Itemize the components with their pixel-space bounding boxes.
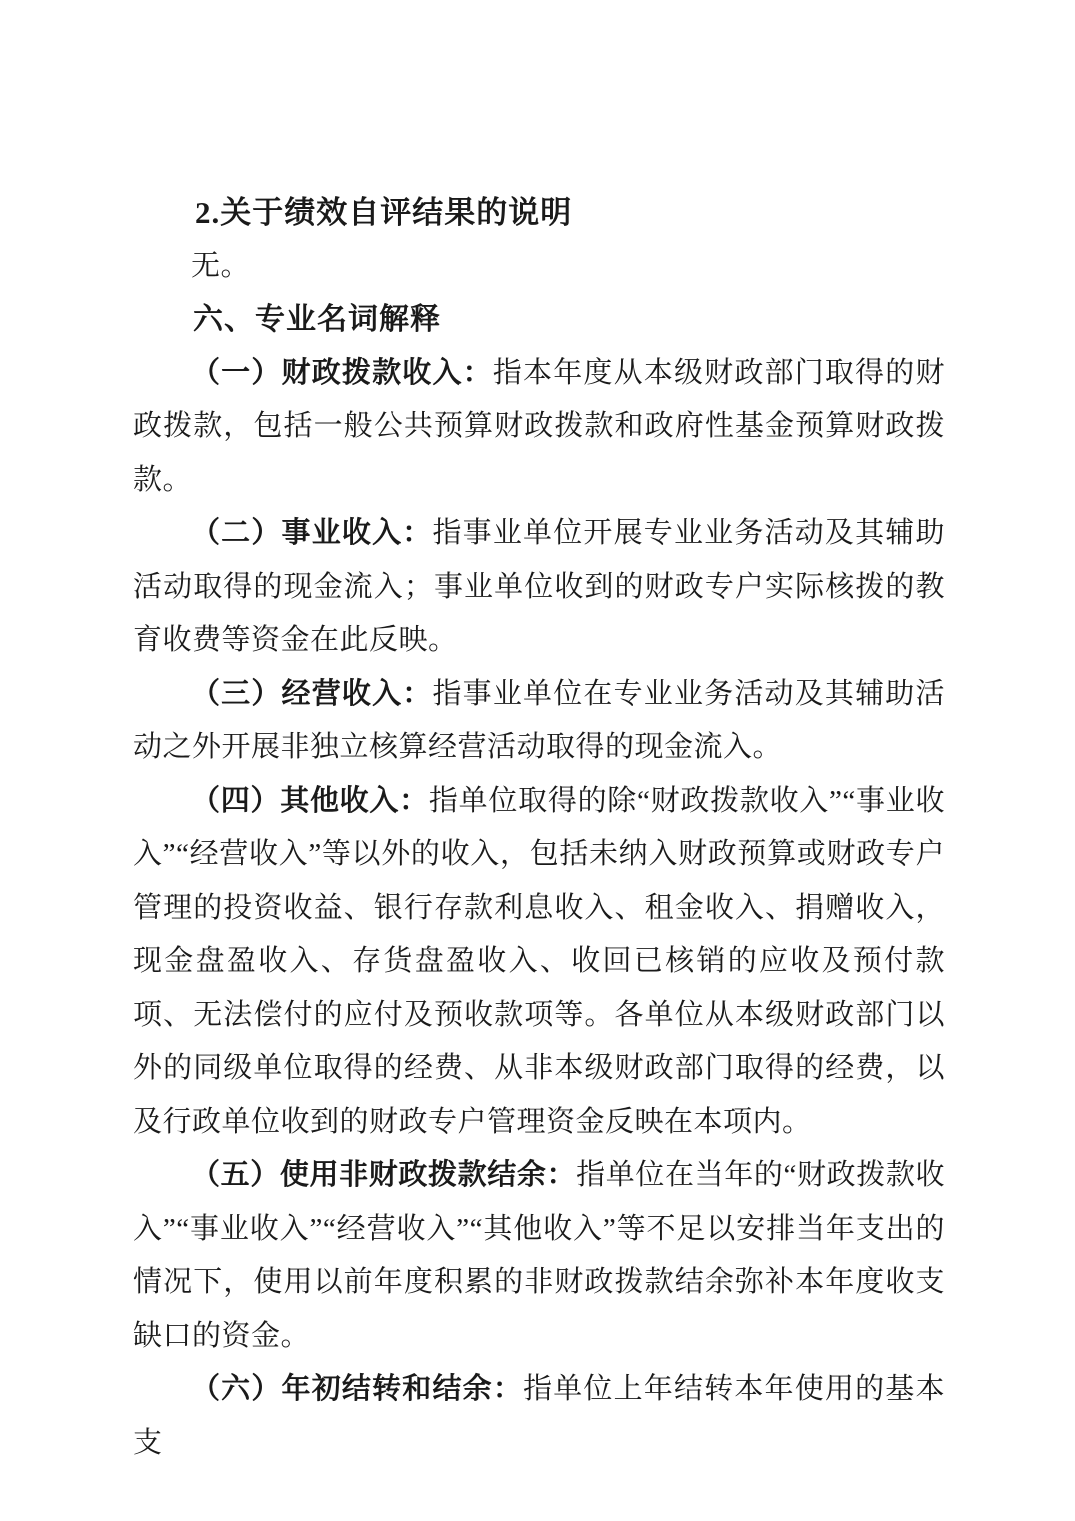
definition-paragraph: （四）其他收入：指单位取得的除“财政拨款收入”“事业收入”“经营收入”等以外的收… — [133, 775, 945, 1150]
definition-paragraph: （二）事业收入：指事业单位开展专业业务活动及其辅助活动取得的现金流入；事业单位收… — [133, 507, 945, 668]
subsection-heading: 2.关于绩效自评结果的说明 — [133, 186, 945, 240]
document-body: 2.关于绩效自评结果的说明 无。 六、专业名词解释 （一）财政拨款收入：指本年度… — [133, 186, 945, 1470]
definition-paragraph: （五）使用非财政拨款结余：指单位在当年的“财政拨款收入”“事业收入”“经营收入”… — [133, 1149, 945, 1363]
definition-term: （一）财政拨款收入： — [191, 357, 493, 389]
definition-term: （三）经营收入： — [191, 678, 433, 710]
definition-term: （四）其他收入： — [191, 785, 429, 817]
definition-paragraph: （三）经营收入：指事业单位在专业业务活动及其辅助活动之外开展非独立核算经营活动取… — [133, 668, 945, 775]
definition-term: （二）事业收入： — [191, 517, 433, 549]
none-note: 无。 — [133, 240, 945, 294]
definition-term: （五）使用非财政拨款结余： — [191, 1159, 576, 1191]
definition-text: 指单位取得的除“财政拨款收入”“事业收入”“经营收入”等以外的收入，包括未纳入财… — [133, 785, 945, 1138]
definition-paragraph: （一）财政拨款收入：指本年度从本级财政部门取得的财政拨款，包括一般公共预算财政拨… — [133, 347, 945, 508]
document-page: 2.关于绩效自评结果的说明 无。 六、专业名词解释 （一）财政拨款收入：指本年度… — [0, 0, 1075, 1521]
definition-paragraph: （六）年初结转和结余：指单位上年结转本年使用的基本支 — [133, 1363, 945, 1470]
section-heading: 六、专业名词解释 — [133, 293, 945, 347]
definition-term: （六）年初结转和结余： — [191, 1373, 523, 1405]
